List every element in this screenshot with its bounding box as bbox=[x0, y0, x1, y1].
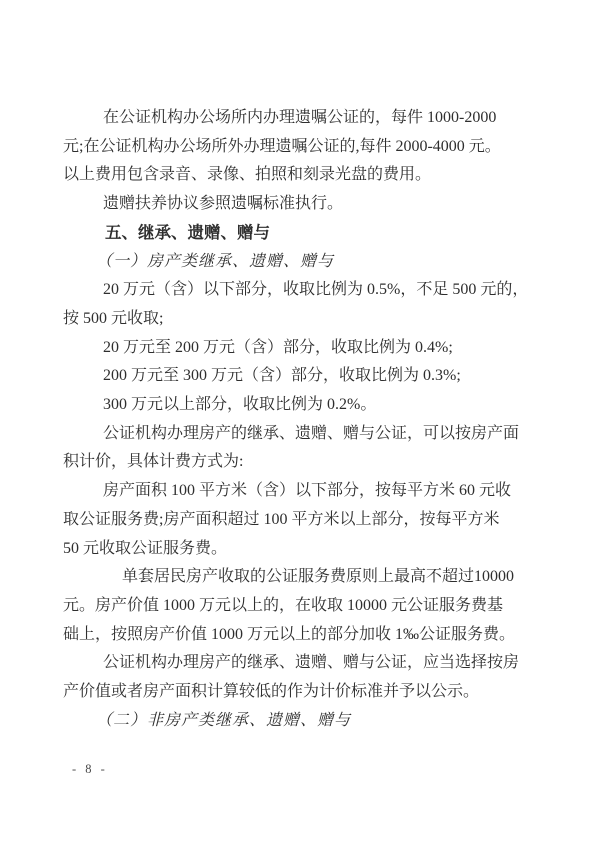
text-line: 公证机构办理房产的继承、遗赠、赠与公证，可以按房产面 bbox=[63, 420, 533, 449]
text-line: 单套居民房产收取的公证服务费原则上最高不超过10000 bbox=[63, 563, 533, 592]
text-line: 按 500 元收取; bbox=[63, 305, 533, 334]
text-line: （二）非房产类继承、遗赠、赠与 bbox=[63, 707, 533, 736]
text-line: 房产面积 100 平方米（含）以下部分，按每平方米 60 元收 bbox=[63, 477, 533, 506]
text-line: 产价值或者房产面积计算较低的作为计价标准并予以公示。 bbox=[63, 678, 533, 707]
text-line: 取公证服务费;房产面积超过 100 平方米以上部分，按每平方米 bbox=[63, 506, 533, 535]
text-line: 在公证机构办公场所内办理遗嘱公证的，每件 1000-2000 bbox=[63, 104, 533, 133]
page-number: - 8 - bbox=[72, 762, 108, 777]
text-line: 元;在公证机构办公场所外办理遗嘱公证的,每件 2000-4000 元。 bbox=[63, 133, 533, 162]
text-line: （一）房产类继承、遗赠、赠与 bbox=[63, 248, 533, 277]
text-line: 以上费用包含录音、录像、拍照和刻录光盘的费用。 bbox=[63, 161, 533, 190]
text-line: 遗赠扶养协议参照遗嘱标准执行。 bbox=[63, 190, 533, 219]
document-lines: 在公证机构办公场所内办理遗嘱公证的，每件 1000-2000元;在公证机构办公场… bbox=[63, 104, 533, 735]
text-line: 20 万元至 200 万元（含）部分，收取比例为 0.4%; bbox=[63, 334, 533, 363]
text-line: 五、继承、遗赠、赠与 bbox=[63, 219, 533, 248]
text-line: 20 万元（含）以下部分，收取比例为 0.5%，不足 500 元的， bbox=[63, 276, 533, 305]
text-line: 50 元收取公证服务费。 bbox=[63, 535, 533, 564]
text-line: 公证机构办理房产的继承、遗赠、赠与公证，应当选择按房 bbox=[63, 649, 533, 678]
text-line: 元。房产价值 1000 万元以上的，在收取 10000 元公证服务费基 bbox=[63, 592, 533, 621]
text-line: 200 万元至 300 万元（含）部分，收取比例为 0.3%; bbox=[63, 362, 533, 391]
text-line: 300 万元以上部分，收取比例为 0.2%。 bbox=[63, 391, 533, 420]
text-line: 础上，按照房产价值 1000 万元以上的部分加收 1‰公证服务费。 bbox=[63, 621, 533, 650]
text-line: 积计价，具体计费方式为: bbox=[63, 448, 533, 477]
document-page: 在公证机构办公场所内办理遗嘱公证的，每件 1000-2000元;在公证机构办公场… bbox=[0, 0, 595, 842]
